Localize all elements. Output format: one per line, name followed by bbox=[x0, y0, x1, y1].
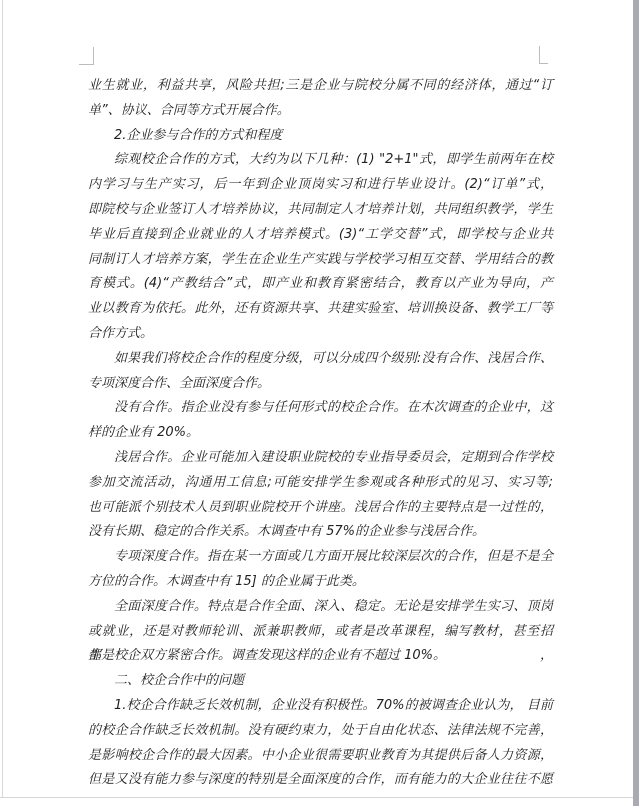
text-line: 二、校企合作中的问题 bbox=[88, 669, 553, 694]
text-line: 1.校企合作缺乏长效机制，企业没有积极性。70%的被调查企业认为， 目前 bbox=[88, 694, 553, 719]
text-line: 综观校企合作的方式，大约为以下几种：(1) "2+1"式，即学生前两年在校 bbox=[88, 148, 553, 173]
page-bottom-boundary bbox=[0, 797, 633, 798]
text-line: 是影响校企合作的最大因素。中小企业很需要职业教育为其提供后备人力资源， bbox=[88, 744, 553, 769]
text-line: 专项深度合作、全面深度合作。 bbox=[88, 372, 553, 397]
text-line: 业生就业，利益共享，风险共担;三是企业与院校分属不同的经济体，通过“订 bbox=[88, 74, 553, 99]
text-boundary-mark-top-left bbox=[79, 47, 94, 65]
text-line: 全面深度合作。特点是合作全面、深入、稳定。无论是安排学生实习、顶岗 bbox=[88, 595, 553, 620]
text-boundary-mark-top-right bbox=[539, 46, 548, 64]
text-line: 专项深度合作。指在某一方面或几方面开展比较深层次的合作，但是不是全 bbox=[88, 545, 553, 570]
text-line: 毕业后直接到企业就业的人才培养模式。(3)“工学交替”式，即学校与企业共 bbox=[88, 223, 553, 248]
text-line: 的校企合作缺乏长效机制。没有硬约束力，处于自由化状态、法律法规不完善， bbox=[88, 719, 553, 744]
text-line: 样的企业有 20%。 bbox=[88, 421, 553, 446]
text-line: 没有合作。指企业没有参与任何形式的校企合作。在木次调查的企业中，这 bbox=[88, 396, 553, 421]
text-line: 也可能派个别技术人员到职业院校开个讲座。浅居合作的主要特点是一过性的， bbox=[88, 496, 553, 521]
text-line: 如果我们将校企合作的程度分级，可以分成四个级别:没有合作、浅居合作、 bbox=[88, 347, 553, 372]
text-line: 浅居合作。企业可能加入建设职业院校的专业指导委员会，定期到合作学校 bbox=[88, 446, 553, 471]
text-line: 业以教育为依托。此外，还有资源共享、共建实验室、培训换设备、教学工厂等 bbox=[88, 297, 553, 322]
text-line: 同制订人才培养方案，学生在企业生产实践与学校学习相互交替、学用结合的教 bbox=[88, 248, 553, 273]
text-line: 或就业，还是对教师轮训、派兼职教师，或者是改革课程，编写教材，甚至招生， bbox=[88, 620, 553, 645]
text-line: 2.企业参与合作的方式和程度 bbox=[88, 124, 553, 149]
page-left-edge bbox=[2, 0, 3, 797]
text-line: 内学习与生产实习，后一年到企业顶岗实习和进行毕业设计。(2)“订单”式， bbox=[88, 173, 553, 198]
document-viewport: 业生就业，利益共享，风险共担;三是企业与院校分属不同的经济体，通过“订单”、协议… bbox=[0, 0, 639, 806]
text-line: 即院校与企业签订人才培养协议，共同制定人才培养计划，共同组织教学，学生 bbox=[88, 198, 553, 223]
text-line: 合作方式。 bbox=[88, 322, 553, 347]
text-line: 但是又没有能力参与深度的特别是全面深度的合作，而有能力的大企业往往不愿 bbox=[88, 768, 553, 793]
text-line: 参加交流活动，沟通用工信息;可能安排学生参观或各种形式的见习、实习等; bbox=[88, 471, 553, 496]
document-text[interactable]: 业生就业，利益共享，风险共担;三是企业与院校分属不同的经济体，通过“订单”、协议… bbox=[88, 74, 553, 793]
text-line: 单”、协议、合同等方式开展合作。 bbox=[88, 99, 553, 124]
text-line: 方位的合作。木调查中有 15] 的企业属于此类。 bbox=[88, 570, 553, 595]
text-line: 育模式。(4)“产教结合”式，即产业和教育紧密结合，教育以产业为导向，产 bbox=[88, 272, 553, 297]
text-line: 没有长期、稳定的合作关系。木调查中有 57%的企业参与浅居合作。 bbox=[88, 520, 553, 545]
right-window-edge bbox=[633, 0, 639, 806]
